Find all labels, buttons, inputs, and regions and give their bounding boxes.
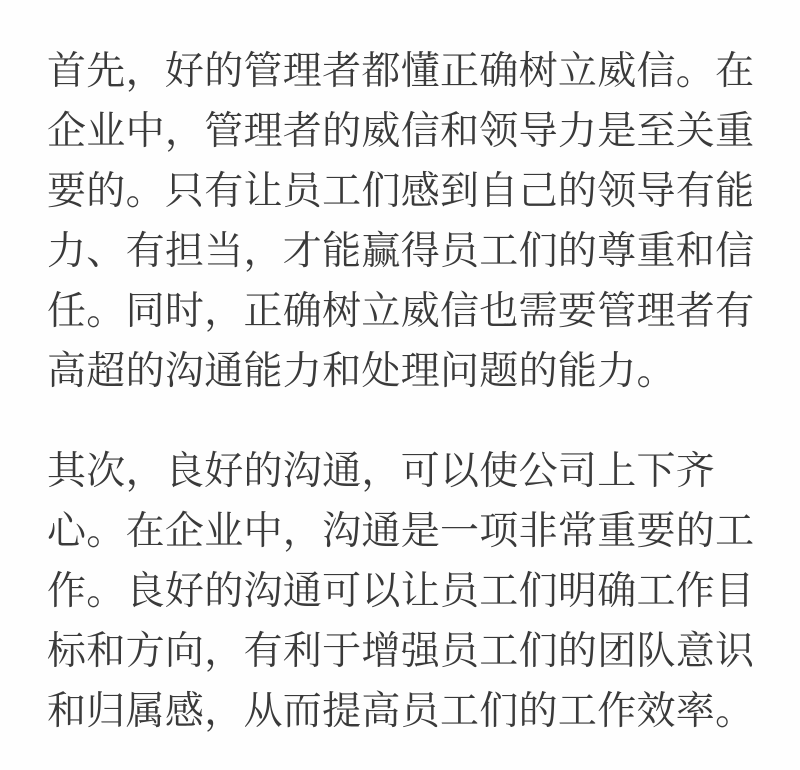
- text-line: 和归属感，从而提高员工们的工作效率。: [47, 682, 756, 742]
- text-line: 作。良好的沟通可以让员工们明确工作目: [47, 562, 756, 622]
- paragraph-authority: 首先，好的管理者都懂正确树立威信。在 企业中，管理者的威信和领导力是至关重 要的…: [47, 42, 756, 402]
- text-line: 要的。只有让员工们感到自己的领导有能: [47, 162, 756, 222]
- article-body: 首先，好的管理者都懂正确树立威信。在 企业中，管理者的威信和领导力是至关重 要的…: [0, 0, 800, 770]
- text-line: 任。同时，正确树立威信也需要管理者有: [47, 282, 756, 342]
- paragraph-communication: 其次，良好的沟通，可以使公司上下齐 心。在企业中，沟通是一项非常重要的工 作。良…: [47, 442, 756, 742]
- text-line: 标和方向，有利于增强员工们的团队意识: [47, 622, 756, 682]
- text-line: 力、有担当，才能赢得员工们的尊重和信: [47, 222, 756, 282]
- text-line: 首先，好的管理者都懂正确树立威信。在: [47, 42, 756, 102]
- text-line: 高超的沟通能力和处理问题的能力。: [47, 342, 756, 402]
- text-line: 心。在企业中，沟通是一项非常重要的工: [47, 502, 756, 562]
- text-line: 企业中，管理者的威信和领导力是至关重: [47, 102, 756, 162]
- text-line: 其次，良好的沟通，可以使公司上下齐: [47, 442, 756, 502]
